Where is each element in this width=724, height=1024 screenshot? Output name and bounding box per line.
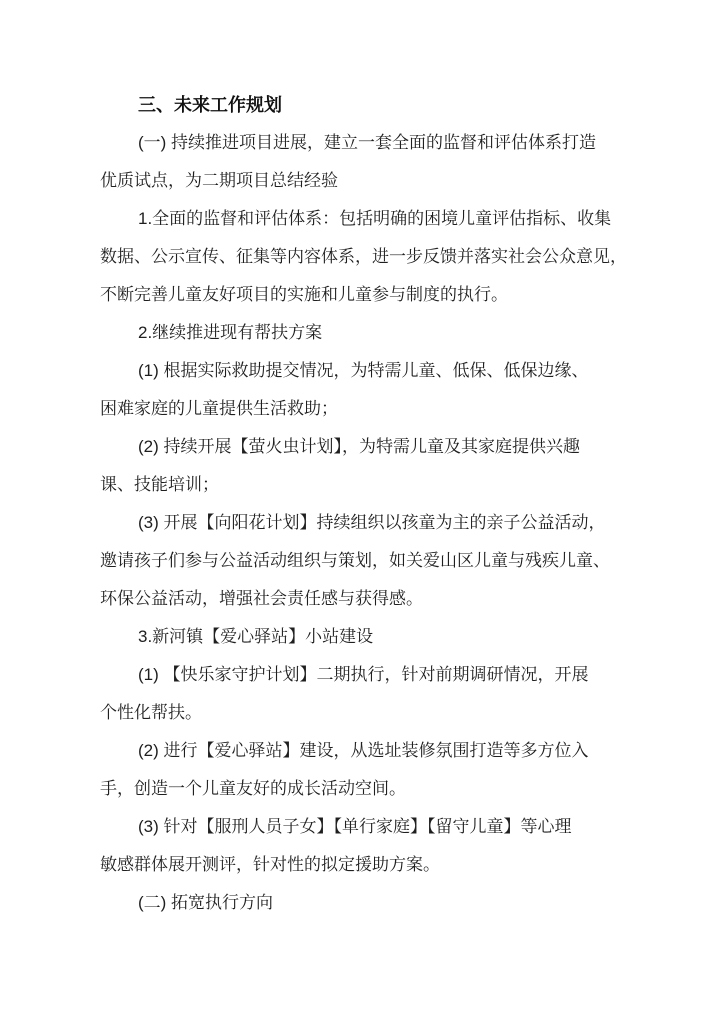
paragraph-8: (1) 【快乐家守护计划】二期执行，针对前期调研情况，开展 个性化帮扶。 xyxy=(100,656,636,732)
paragraph-6: (3) 开展【向阳花计划】持续组织以孩童为主的亲子公益活动， 邀请孩子们参与公益… xyxy=(100,504,636,618)
paragraph-4: (1) 根据实际救助提交情况，为特需儿童、低保、低保边缘、 困难家庭的儿童提供生… xyxy=(100,352,636,428)
paragraph-5: (2) 持续开展【萤火虫计划】，为特需儿童及其家庭提供兴趣 课、技能培训； xyxy=(100,428,636,504)
section-heading: 三、未来工作规划 xyxy=(100,86,636,124)
paragraph-2: 1.全面的监督和评估体系：包括明确的困境儿童评估指标、收集 数据、公示宣传、征集… xyxy=(100,200,636,314)
paragraph-10: (3) 针对【服刑人员子女】【单行家庭】【留守儿童】等心理 敏感群体展开测评，针… xyxy=(100,808,636,884)
paragraph-1: (一) 持续推进项目进展，建立一套全面的监督和评估体系打造 优质试点，为二期项目… xyxy=(100,124,636,200)
paragraph-7: 3.新河镇【爱心驿站】小站建设 xyxy=(100,618,636,656)
paragraph-11: (二) 拓宽执行方向 xyxy=(100,884,636,922)
document-page: 三、未来工作规划 (一) 持续推进项目进展，建立一套全面的监督和评估体系打造 优… xyxy=(0,0,724,1024)
paragraph-3: 2.继续推进现有帮扶方案 xyxy=(100,314,636,352)
paragraph-9: (2) 进行【爱心驿站】建设，从选址装修氛围打造等多方位入 手，创造一个儿童友好… xyxy=(100,732,636,808)
